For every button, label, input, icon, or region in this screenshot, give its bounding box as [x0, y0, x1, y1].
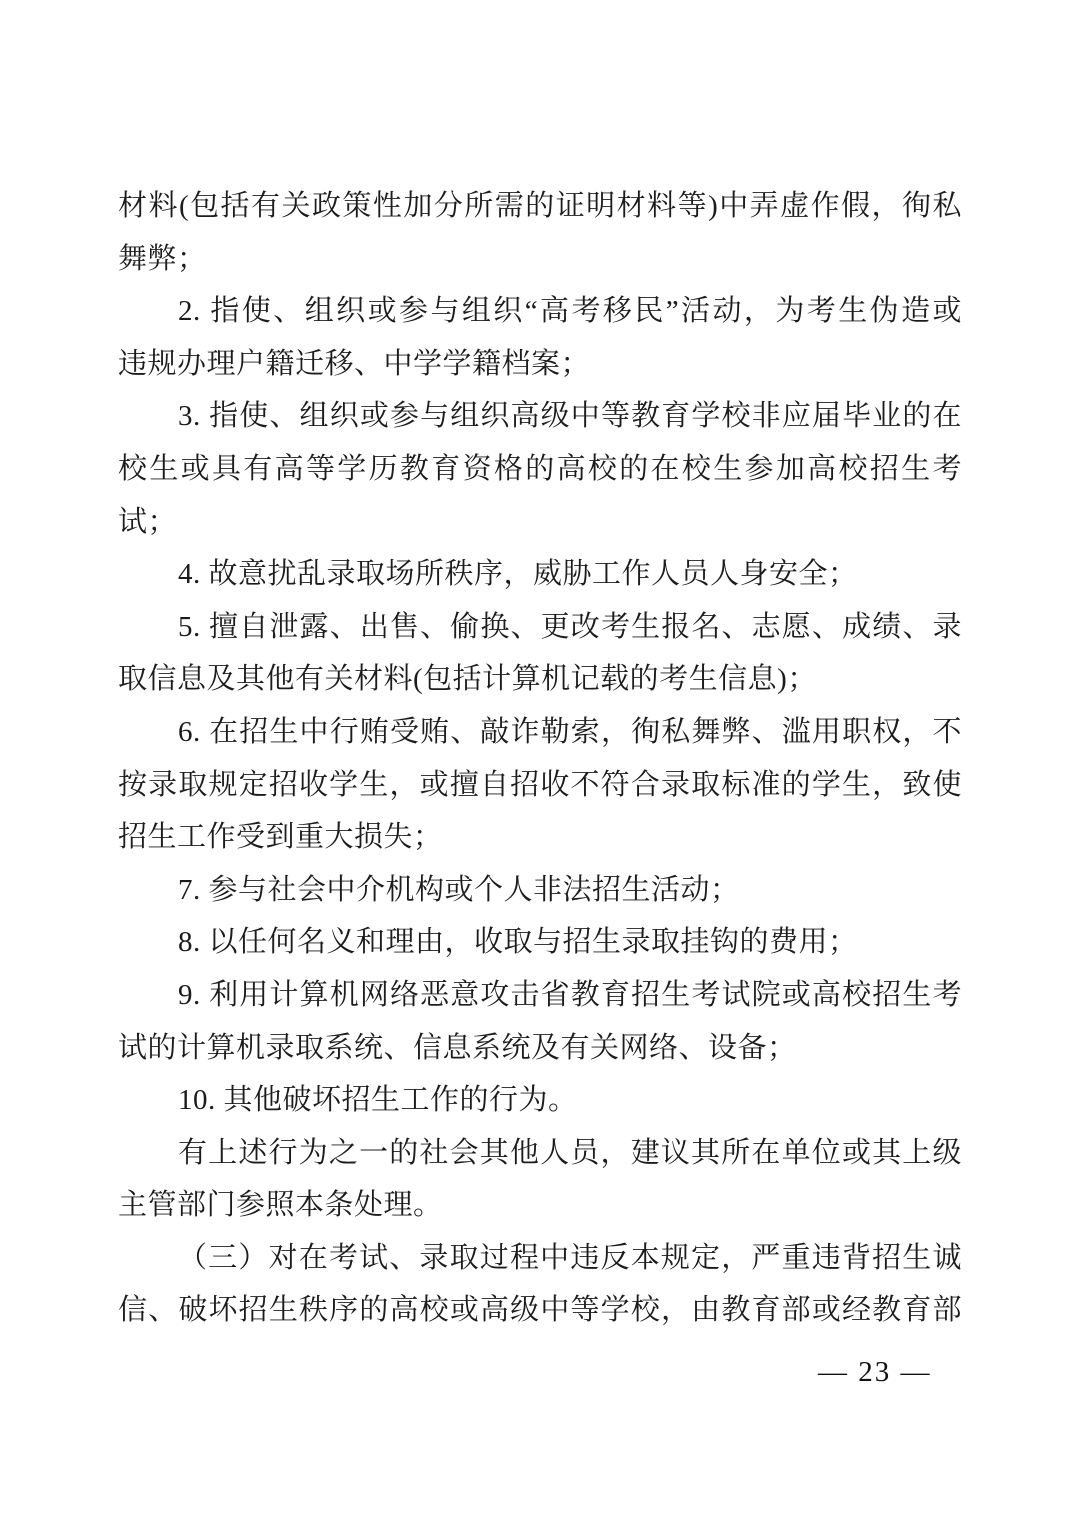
document-body: 材料(包括有关政策性加分所需的证明材料等)中弄虚作假，徇私 舞弊； 2. 指使、…	[118, 180, 962, 1337]
text-line: 试的计算机录取系统、信息系统及有关网络、设备；	[118, 1022, 962, 1075]
text-line: 6. 在招生中行贿受贿、敲诈勒索，徇私舞弊、滥用职权，不	[118, 706, 962, 759]
text-line: 9. 利用计算机网络恶意攻击省教育招生考试院或高校招生考	[118, 969, 962, 1022]
text-line: 按录取规定招收学生，或擅自招收不符合录取标准的学生，致使	[118, 759, 962, 812]
text-line: 有上述行为之一的社会其他人员，建议其所在单位或其上级	[118, 1127, 962, 1180]
text-line: 校生或具有高等学历教育资格的高校的在校生参加高校招生考	[118, 443, 962, 496]
text-line: 3. 指使、组织或参与组织高级中等教育学校非应届毕业的在	[118, 390, 962, 443]
text-line: 主管部门参照本条处理。	[118, 1179, 962, 1232]
text-line: 10. 其他破坏招生工作的行为。	[118, 1074, 962, 1127]
text-line: （三）对在考试、录取过程中违反本规定，严重违背招生诚	[118, 1232, 962, 1285]
text-line: 取信息及其他有关材料(包括计算机记载的考生信息)；	[118, 653, 962, 706]
text-line: 5. 擅自泄露、出售、偷换、更改考生报名、志愿、成绩、录	[118, 601, 962, 654]
text-line: 试；	[118, 496, 962, 549]
text-line: 招生工作受到重大损失；	[118, 811, 962, 864]
document-page: 材料(包括有关政策性加分所需的证明材料等)中弄虚作假，徇私 舞弊； 2. 指使、…	[0, 0, 1080, 1527]
text-line: 7. 参与社会中介机构或个人非法招生活动；	[118, 864, 962, 917]
text-line: 材料(包括有关政策性加分所需的证明材料等)中弄虚作假，徇私	[118, 180, 962, 233]
text-line: 2. 指使、组织或参与组织“高考移民”活动，为考生伪造或	[118, 285, 962, 338]
text-line: 违规办理户籍迁移、中学学籍档案；	[118, 338, 962, 391]
text-line: 4. 故意扰乱录取场所秩序，威胁工作人员人身安全；	[118, 548, 962, 601]
page-number: — 23 —	[818, 1352, 932, 1392]
text-line: 信、破坏招生秩序的高校或高级中等学校，由教育部或经教育部	[118, 1284, 962, 1337]
text-line: 舞弊；	[118, 233, 962, 286]
text-line: 8. 以任何名义和理由，收取与招生录取挂钩的费用；	[118, 916, 962, 969]
